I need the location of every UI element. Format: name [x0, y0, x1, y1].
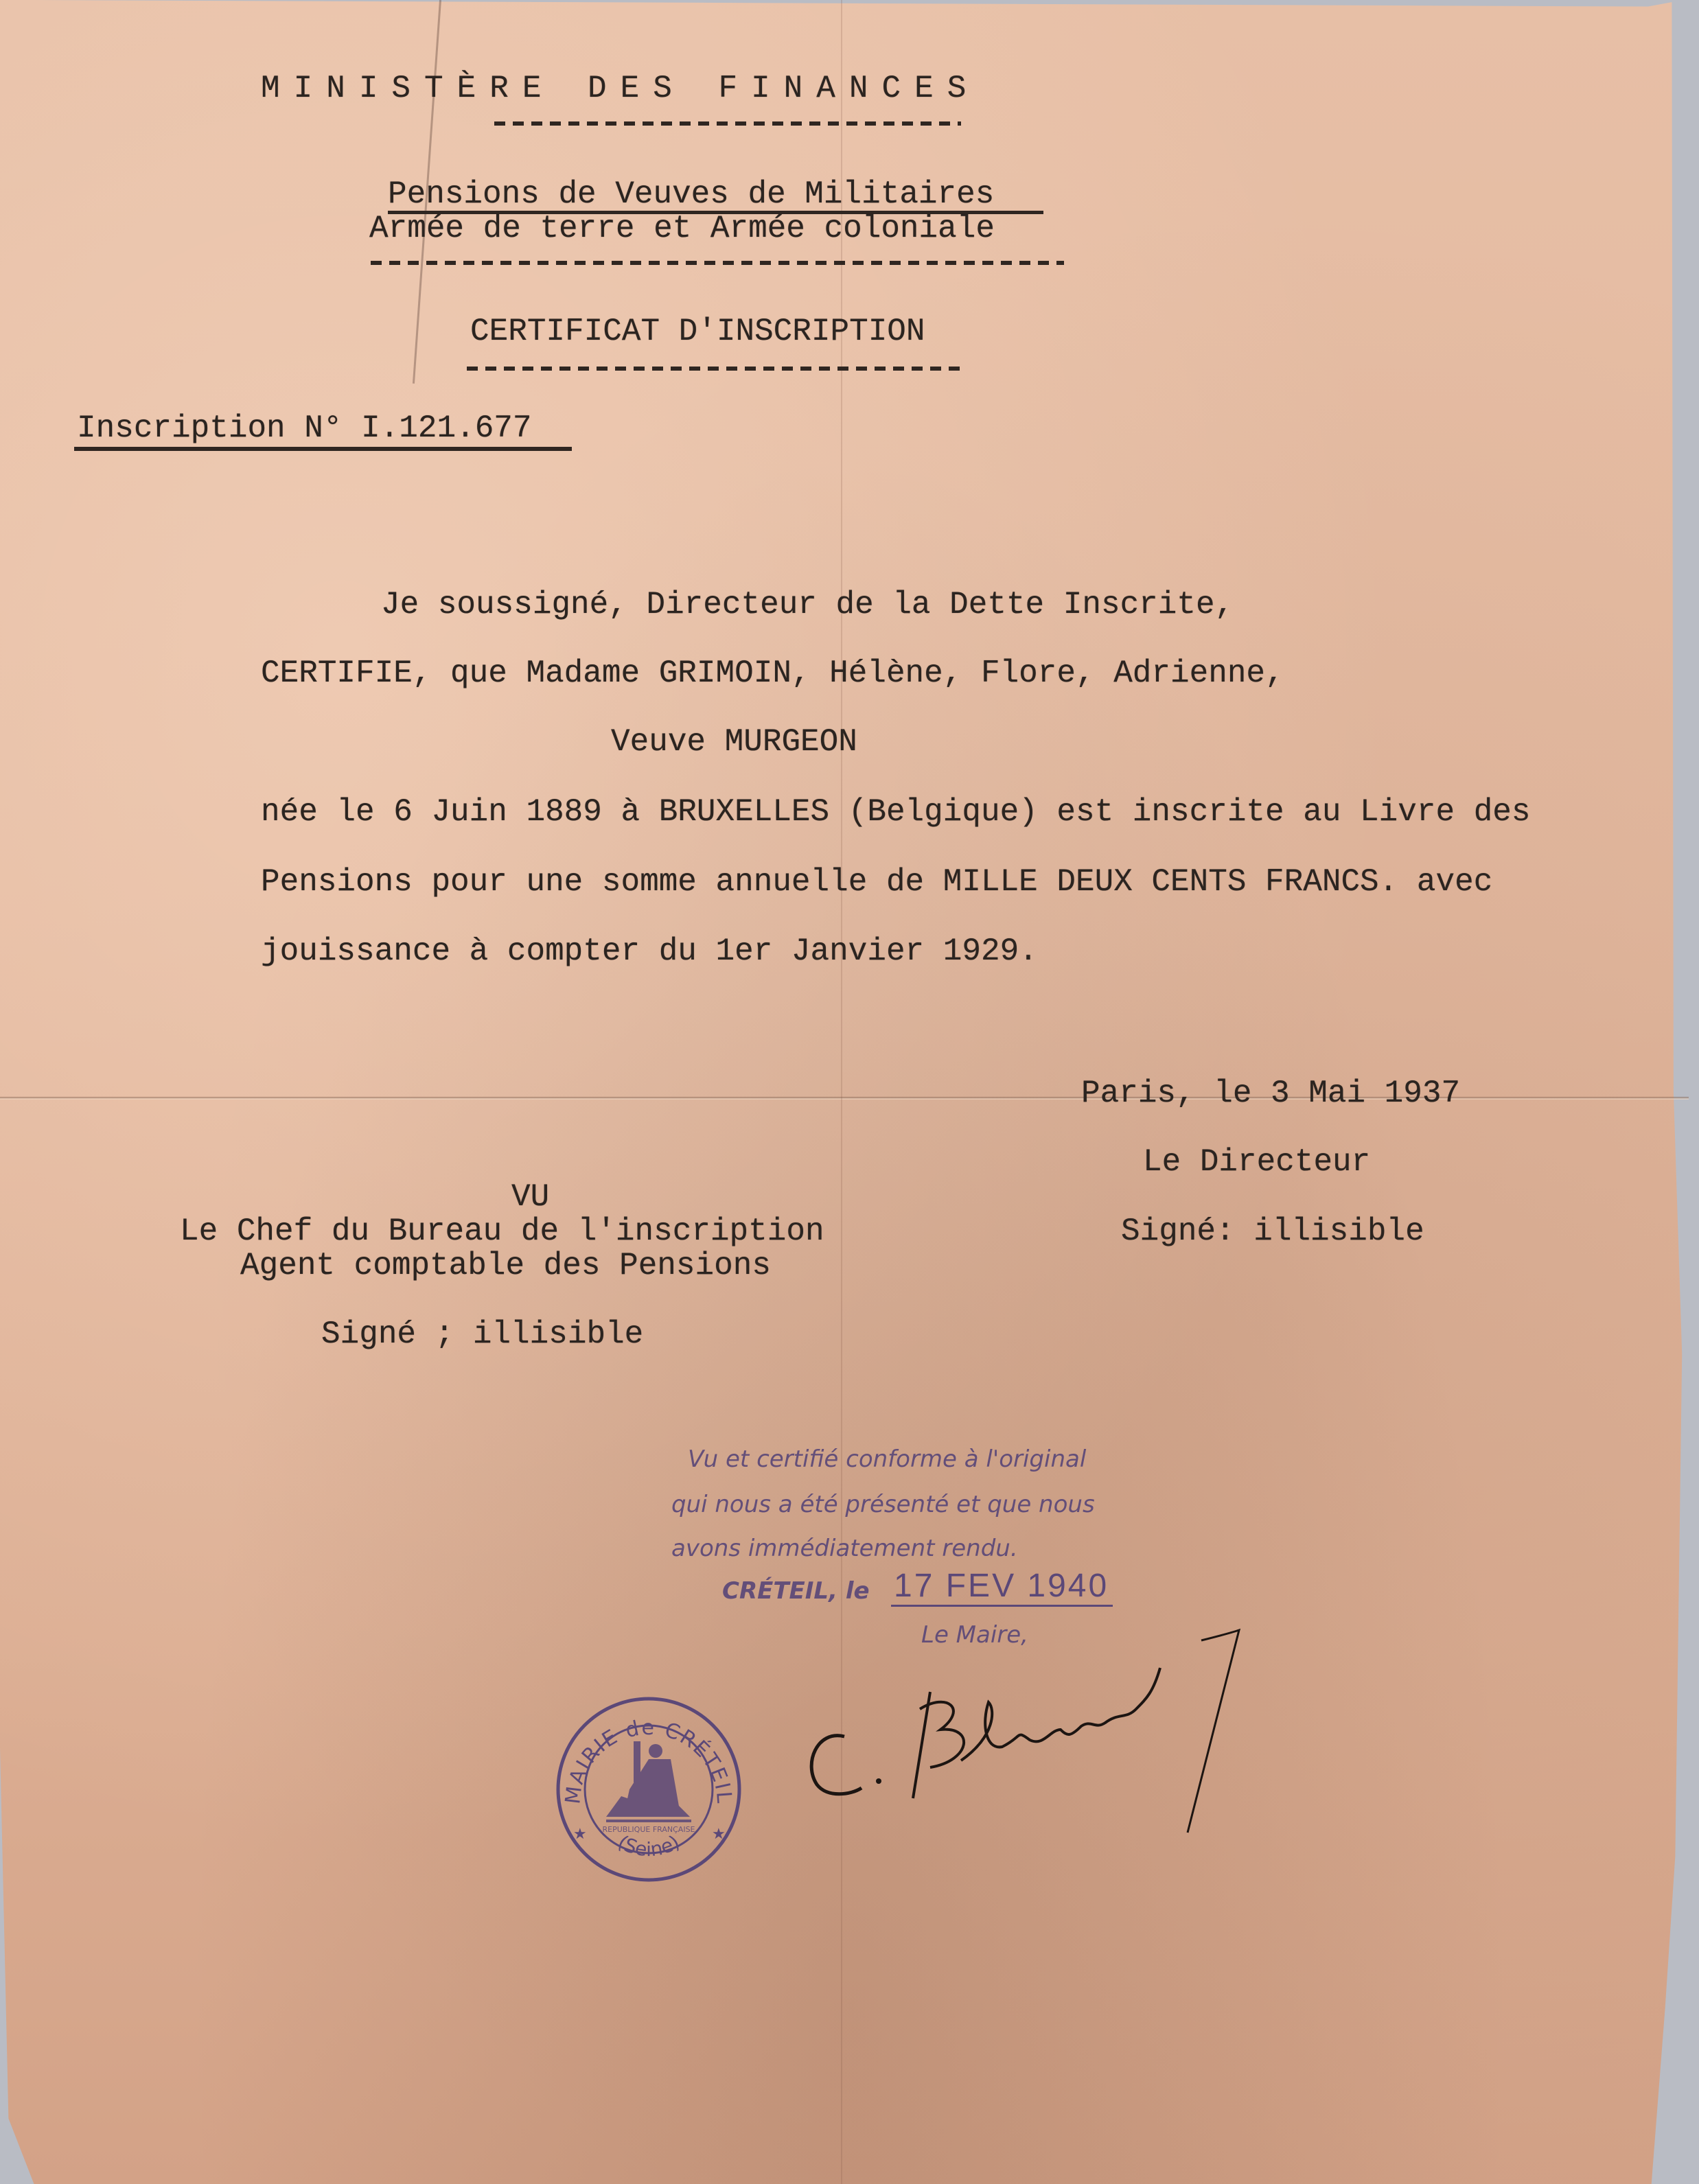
- director-title: Le Directeur: [1143, 1144, 1370, 1180]
- svg-text:(Seine): (Seine): [614, 1831, 684, 1861]
- svg-text:REPUBLIQUE FRANÇAISE: REPUBLIQUE FRANÇAISE: [602, 1825, 695, 1834]
- dashed-divider: [371, 261, 1064, 265]
- bureau-chief-title: Le Chef du Bureau de l'inscription: [180, 1213, 824, 1249]
- place-and-date: Paris, le 3 Mai 1937: [1081, 1076, 1460, 1111]
- certification-line-3: avons immédiatement rendu.: [671, 1535, 1018, 1562]
- certification-line-1: Vu et certifié conforme à l'original: [688, 1445, 1086, 1473]
- vu-mark: VU: [511, 1179, 549, 1215]
- body-line-5: Pensions pour une somme annuelle de MILL…: [261, 864, 1492, 900]
- dashed-divider: [494, 121, 961, 126]
- department-line-1: Pensions de Veuves de Militaires: [388, 176, 994, 212]
- dashed-divider: [467, 367, 961, 371]
- certification-place: CRÉTEIL, le: [722, 1577, 870, 1605]
- ministry-heading: MINISTÈRE DES FINANCES: [261, 71, 980, 106]
- bureau-signature-note: Signé ; illisible: [321, 1316, 643, 1352]
- body-line-3: Veuve MURGEON: [611, 724, 857, 760]
- body-line-4: née le 6 Juin 1889 à BRUXELLES (Belgique…: [261, 794, 1531, 830]
- director-signature-note: Signé: illisible: [1121, 1213, 1424, 1249]
- inscription-underline: [74, 447, 572, 451]
- certification-line-2: qui nous a été présenté et que nous: [671, 1491, 1095, 1518]
- body-line-2: CERTIFIE, que Madame GRIMOIN, Hélène, Fl…: [261, 655, 1284, 691]
- body-line-6: jouissance à compter du 1er Janvier 1929…: [261, 933, 1038, 969]
- accounting-agent-title: Agent comptable des Pensions: [240, 1248, 771, 1283]
- inscription-number: Inscription N° I.121.677: [77, 410, 532, 446]
- document-title: CERTIFICAT D'INSCRIPTION: [470, 314, 925, 349]
- department-line-2: Armée de terre et Armée coloniale: [369, 211, 995, 246]
- svg-text:★: ★: [712, 1825, 726, 1842]
- body-line-1: Je soussigné, Directeur de la Dette Insc…: [381, 587, 1234, 623]
- certification-date-stamp: 17 FEV 1940: [891, 1567, 1113, 1607]
- svg-text:★: ★: [573, 1825, 587, 1842]
- marianne-seal-icon: MAIRIE de CRÉTEIL (Seine) ★ ★ REPUBLIQUE…: [553, 1693, 745, 1885]
- mayor-signature: [789, 1627, 1284, 1853]
